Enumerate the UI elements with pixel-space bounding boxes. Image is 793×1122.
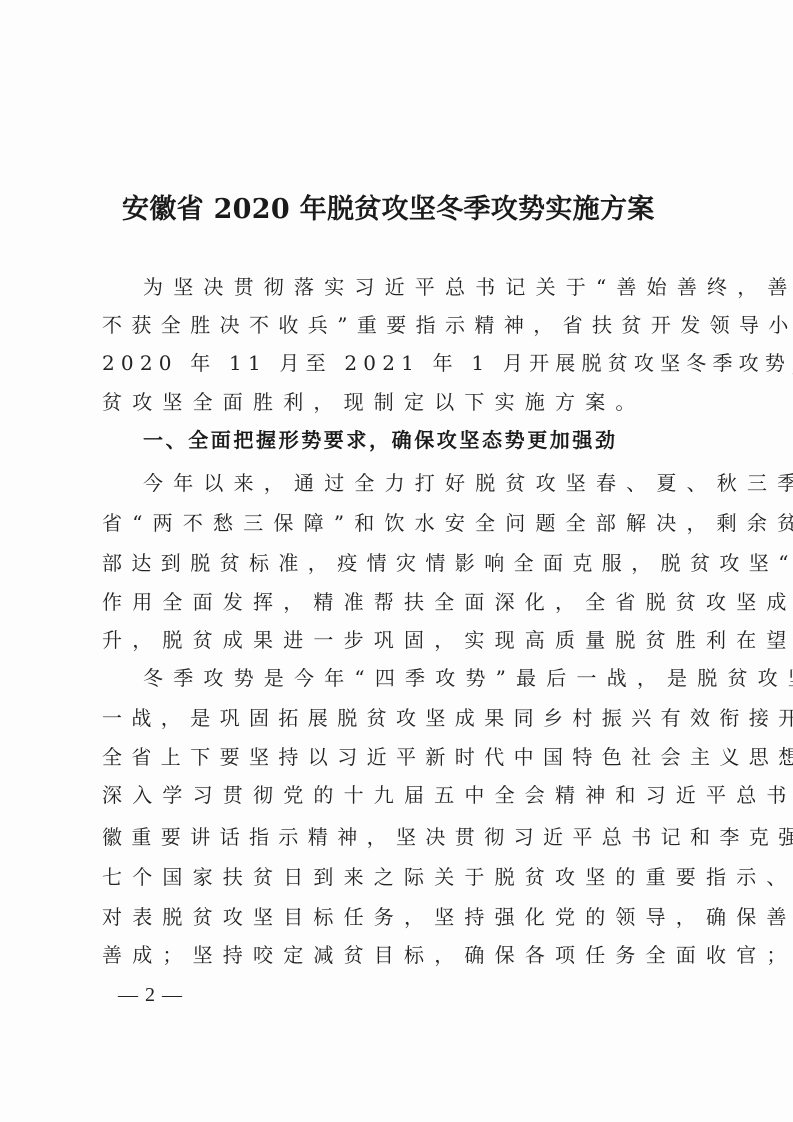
intro-line-4: 贫攻坚全面胜利，现制定以下实施方案。 bbox=[102, 389, 692, 415]
para1-line-3: 部达到脱贫标准，疫情灾情影响全面克服，脱贫攻坚“十大工程” bbox=[102, 550, 692, 576]
para2-line-7: 对表脱贫攻坚目标任务，坚持强化党的领导，确保善始善终善作 bbox=[102, 904, 692, 930]
para2-line-8: 善成；坚持咬定减贫目标，确保各项任务全面收官；坚持紧盯核 bbox=[102, 942, 692, 968]
para2-line-4: 深入学习贯彻党的十九届五中全会精神和习近平总书记考察安 bbox=[102, 782, 692, 808]
document-page: 安徽省 2020 年脱贫攻坚冬季攻势实施方案 为坚决贯彻落实习近平总书记关于“善… bbox=[0, 0, 793, 1122]
para1-line-2: 省“两不愁三保障”和饮水安全问题全部解决，剩余贫困人口全 bbox=[102, 510, 692, 536]
intro-line-3: 2020 年 11 月至 2021 年 1 月开展脱贫攻坚冬季攻势，奋力夺取脱 bbox=[102, 350, 692, 376]
section-heading-1: 一、全面把握形势要求，确保攻坚态势更加强劲 bbox=[143, 427, 618, 453]
para2-line-3: 全省上下要坚持以习近平新时代中国特色社会主义思想为指导， bbox=[102, 744, 692, 770]
intro-line-1: 为坚决贯彻落实习近平总书记关于“善始善终，善作善成， bbox=[143, 274, 733, 300]
para2-line-5: 徽重要讲话指示精神，坚决贯彻习近平总书记和李克强总理在第 bbox=[102, 824, 692, 850]
page-number: — 2 — bbox=[118, 984, 183, 1007]
para1-line-1: 今年以来，通过全力打好脱贫攻坚春、夏、秋三季攻势，全 bbox=[143, 470, 733, 496]
para2-line-1: 冬季攻势是今年“四季攻势”最后一战，是脱贫攻坚期关键 bbox=[143, 665, 733, 691]
para1-line-5: 升，脱贫成果进一步巩固，实现高质量脱贫胜利在望。 bbox=[102, 627, 692, 653]
para1-line-4: 作用全面发挥，精准帮扶全面深化，全省脱贫攻坚成效进一步提 bbox=[102, 589, 692, 615]
document-title: 安徽省 2020 年脱贫攻坚冬季攻势实施方案 bbox=[122, 187, 662, 226]
para2-line-2: 一战，是巩固拓展脱贫攻坚成果同乡村振兴有效衔接开局之战。 bbox=[102, 705, 692, 731]
para2-line-6: 七个国家扶贫日到来之际关于脱贫攻坚的重要指示、批示，对标 bbox=[102, 864, 692, 890]
intro-line-2: 不获全胜决不收兵”重要指示精神，省扶贫开发领导小组决定于 bbox=[102, 312, 692, 338]
